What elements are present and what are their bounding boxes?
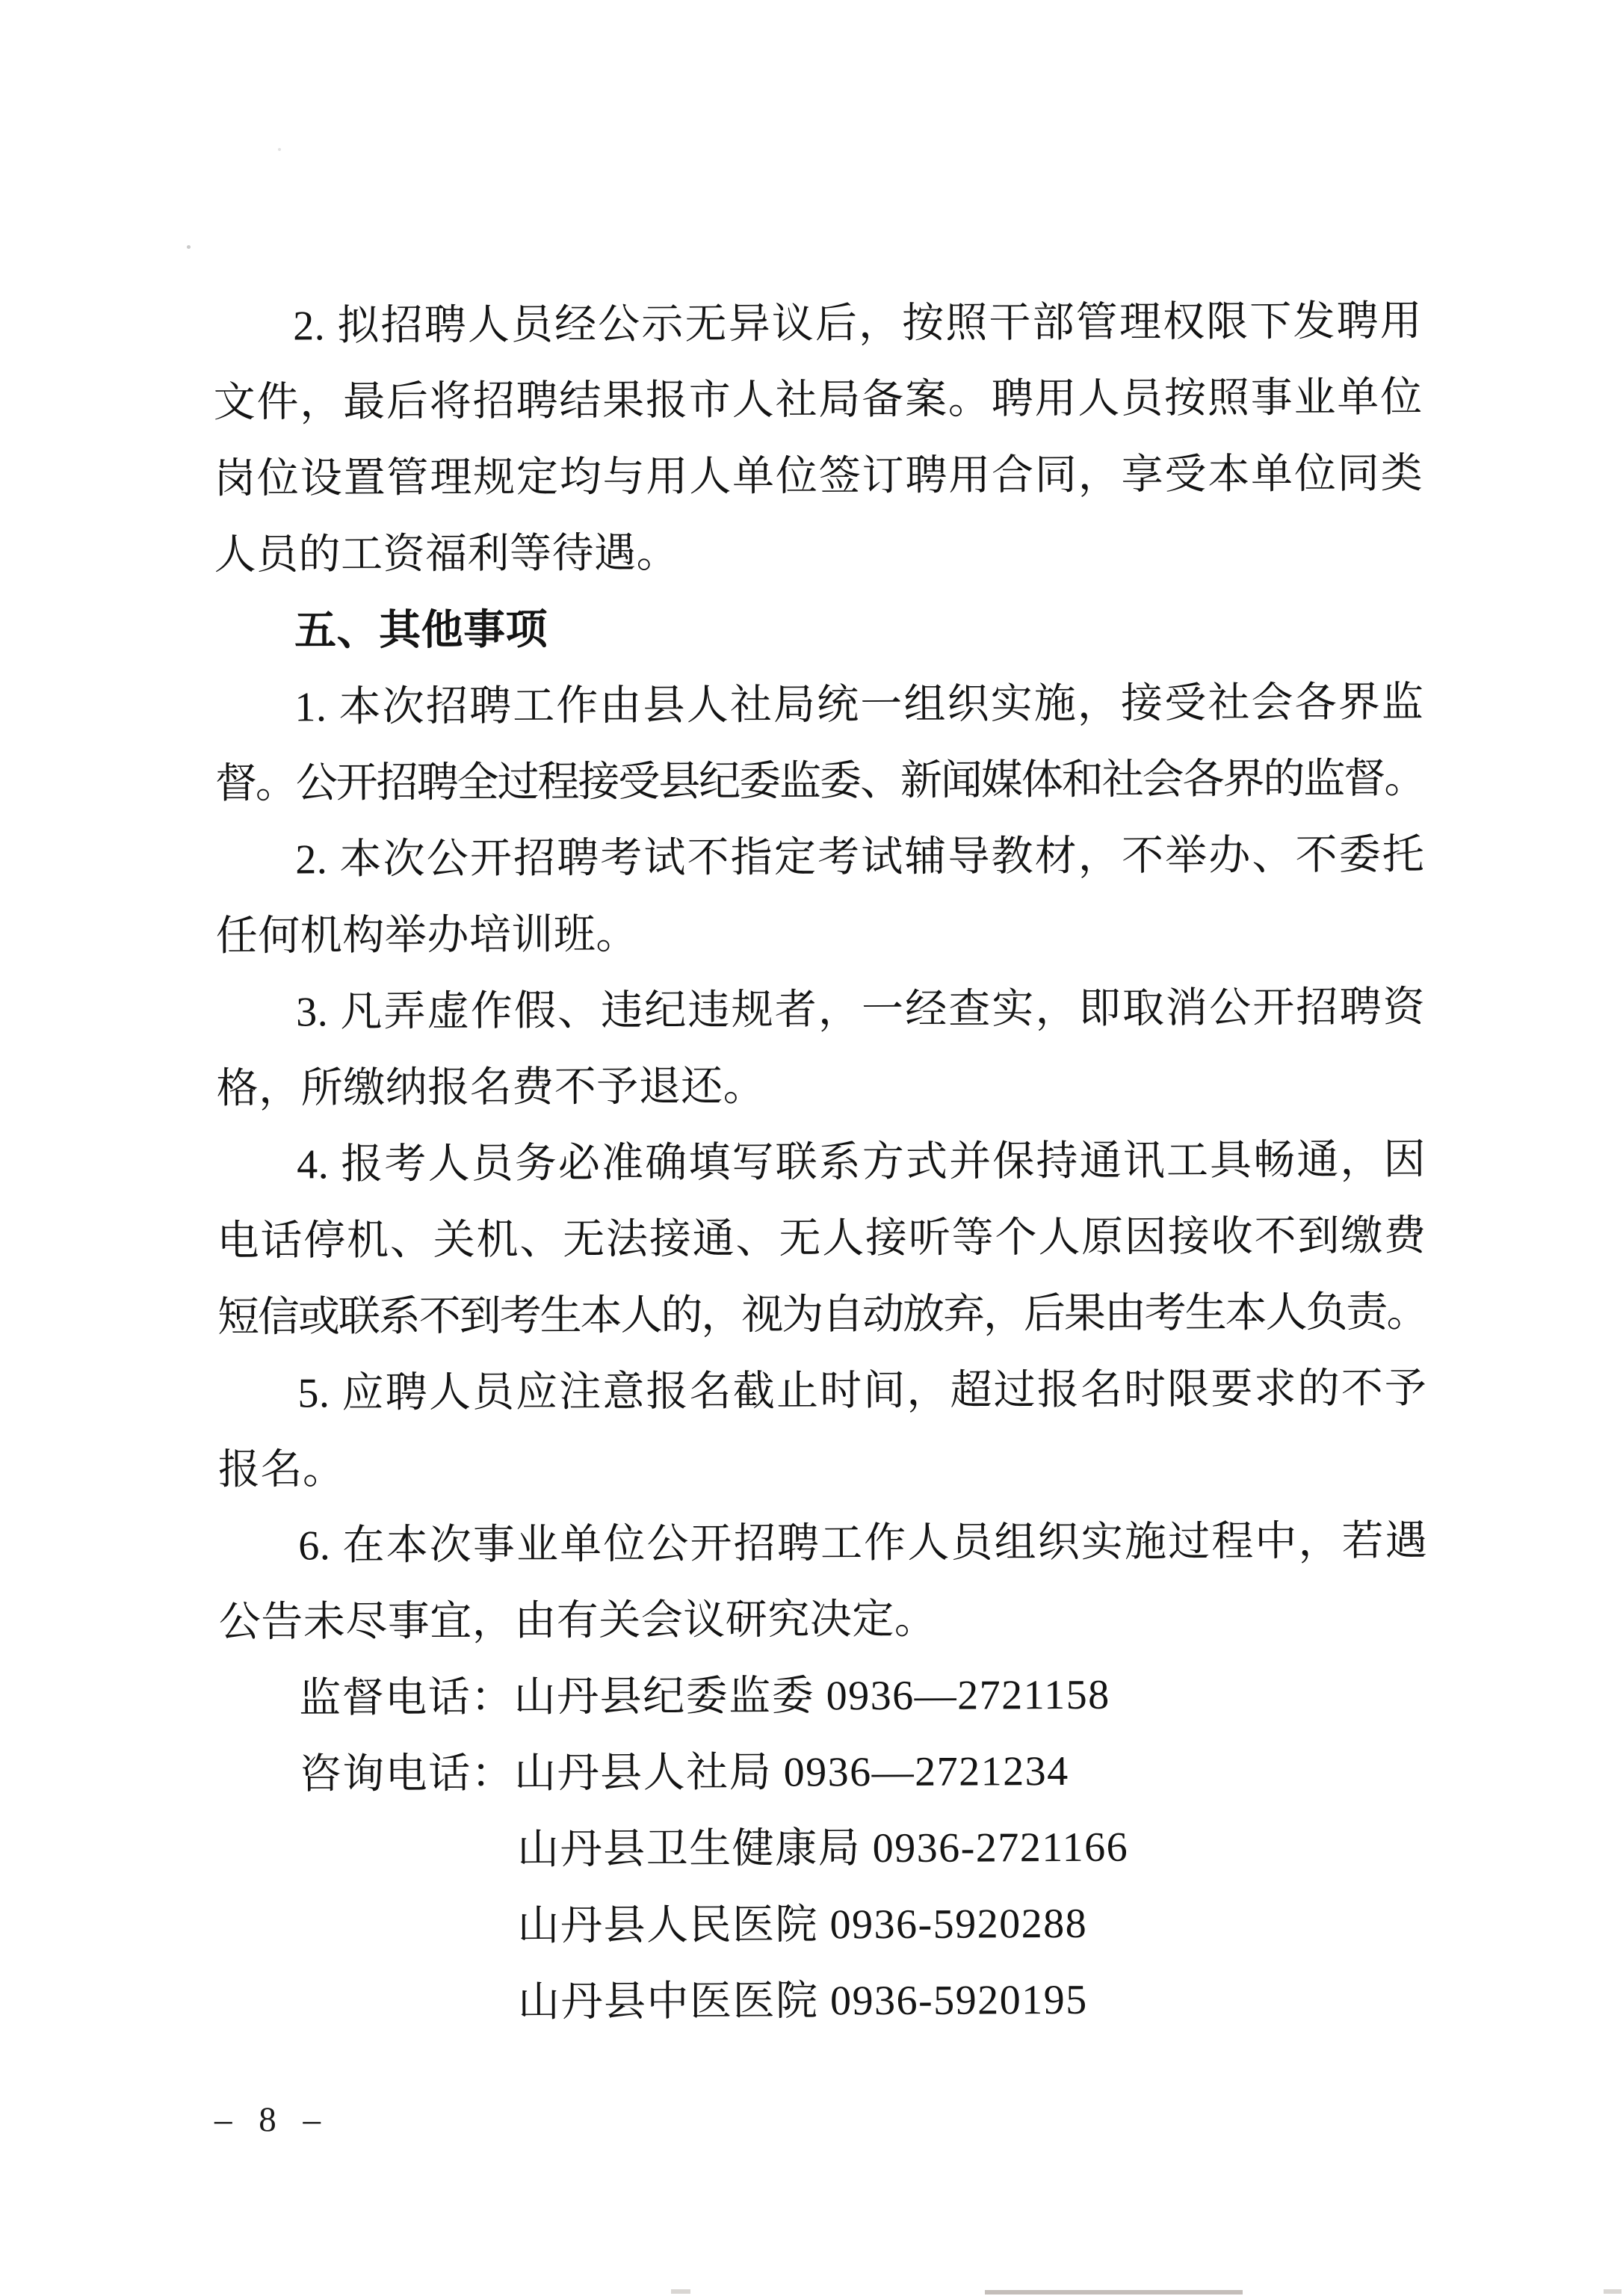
scan-speck: [187, 245, 191, 249]
paragraph-line: 报名。: [218, 1427, 1427, 1508]
paragraph-line: 岗位设置管理规定均与用人单位签订聘用合同，享受本单位同类: [214, 436, 1423, 517]
paragraph-line: 人员的工资福利等待遇。: [214, 512, 1423, 593]
paragraph-line: 格，所缴纳报名费不予退还。: [216, 1046, 1425, 1127]
paragraph-line: 督。公开招聘全过程接受县纪委监委、新闻媒体和社会各界的监督。: [215, 741, 1424, 822]
scan-artifact: [985, 2290, 1243, 2295]
paragraph-line: 6. 在本次事业单位公开招聘工作人员组织实施过程中，若遇: [218, 1503, 1427, 1584]
paragraph-line: 公告未尽事宜，由有关会议研究决定。: [219, 1579, 1428, 1661]
paragraph-line: 2. 本次公开招聘考试不指定考试辅导教材，不举办、不委托: [215, 817, 1424, 898]
page-number: – 8 –: [214, 2097, 330, 2142]
paragraph-line: 3. 凡弄虚作假、违纪违规者，一经查实，即取消公开招聘资: [216, 969, 1425, 1051]
paragraph-line: 电话停机、关机、无法接通、无人接听等个人原因接收不到缴费: [217, 1198, 1426, 1280]
paragraph-line: 短信或联系不到考生本人的，视为自动放弃，后果由考生本人负责。: [217, 1274, 1426, 1356]
contact-line-inquiry-phone: 咨询电话：山丹县人社局 0936—2721234: [219, 1732, 1428, 1813]
document-text-block: 2. 拟招聘人员经公示无异议后，按照干部管理权限下发聘用 文件，最后将招聘结果报…: [213, 283, 1429, 2042]
paragraph-line: 任何机构举办培训班。: [216, 893, 1425, 975]
section-heading: 五、其他事项: [214, 588, 1423, 670]
paragraph-line: 5. 应聘人员应注意报名截止时间，超过报名时限要求的不予: [217, 1351, 1426, 1432]
paragraph-line: 4. 报考人员务必准确填写联系方式并保持通讯工具畅通，因: [217, 1122, 1426, 1203]
contact-line-health-bureau: 山丹县卫生健康局 0936-2721166: [220, 1808, 1429, 1889]
scan-artifact: [671, 2289, 690, 2294]
contact-line-supervision-phone: 监督电话：山丹县纪委监委 0936—2721158: [219, 1655, 1428, 1737]
paragraph-line: 1. 本次招聘工作由县人社局统一组织实施，接受社会各界监: [214, 664, 1423, 746]
scan-speck: [278, 148, 281, 151]
scan-artifact: [1604, 2289, 1622, 2294]
contact-line-peoples-hospital: 山丹县人民医院 0936-5920288: [220, 1884, 1429, 1966]
paragraph-line: 2. 拟招聘人员经公示无异议后，按照干部管理权限下发聘用: [213, 283, 1422, 365]
paragraph-line: 文件，最后将招聘结果报市人社局备案。聘用人员按照事业单位: [213, 359, 1422, 441]
scanned-document-page: 2. 拟招聘人员经公示无异议后，按照干部管理权限下发聘用 文件，最后将招聘结果报…: [0, 0, 1623, 2296]
contact-line-tcm-hospital: 山丹县中医医院 0936-5920195: [220, 1960, 1429, 2042]
